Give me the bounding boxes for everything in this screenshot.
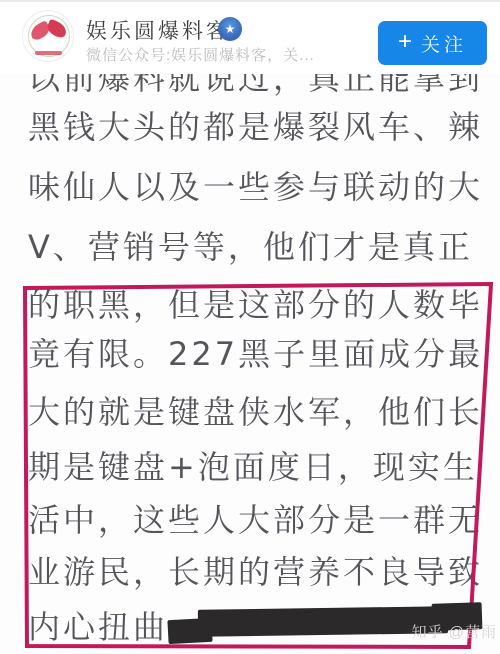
username[interactable]: 娱乐圆爆料客	[86, 15, 230, 45]
post-header: 娱乐圆爆料客 ★ 微信公众号:娱乐圆爆料客，关... + 关注	[0, 0, 500, 74]
verified-badge-icon: ★	[218, 17, 242, 41]
body-line: 竟有限。227黑子里面成分最	[28, 328, 483, 380]
account-subtitle: 微信公众号:娱乐圆爆料客，关...	[86, 44, 315, 65]
body-line: 的职黑，但是这部分的人数毕	[28, 279, 483, 331]
top-divider	[0, 0, 500, 2]
body-line: 黑钱大头的都是爆裂风车、辣	[28, 101, 483, 153]
body-line: 大的就是键盘侠水军，他们长	[28, 386, 483, 438]
follow-button[interactable]: + 关注	[378, 21, 487, 65]
avatar[interactable]	[22, 10, 74, 62]
badge-star-glyph: ★	[225, 23, 236, 35]
body-line: 味仙人以及一些参与联动的大	[28, 161, 483, 213]
body-line: 业游民，长期的营养不良导致	[28, 546, 483, 598]
avatar-caption-decoration	[35, 51, 62, 55]
body-line: V、营销号等，他们才是真正	[28, 221, 473, 273]
body-line: 期是键盘+泡面度日，现实生	[28, 441, 478, 493]
follow-button-label: 关注	[421, 30, 467, 57]
watermark: 知乎 @营雨	[412, 621, 497, 642]
post-body: 以前爆料就说过，真正能拿到 黑钱大头的都是爆裂风车、辣 味仙人以及一些参与联动的…	[0, 0, 500, 654]
plus-icon: +	[398, 30, 412, 54]
body-line: 活中，这些人大部分是一群无	[28, 494, 483, 546]
post-card: 以前爆料就说过，真正能拿到 黑钱大头的都是爆裂风车、辣 味仙人以及一些参与联动的…	[0, 0, 500, 654]
